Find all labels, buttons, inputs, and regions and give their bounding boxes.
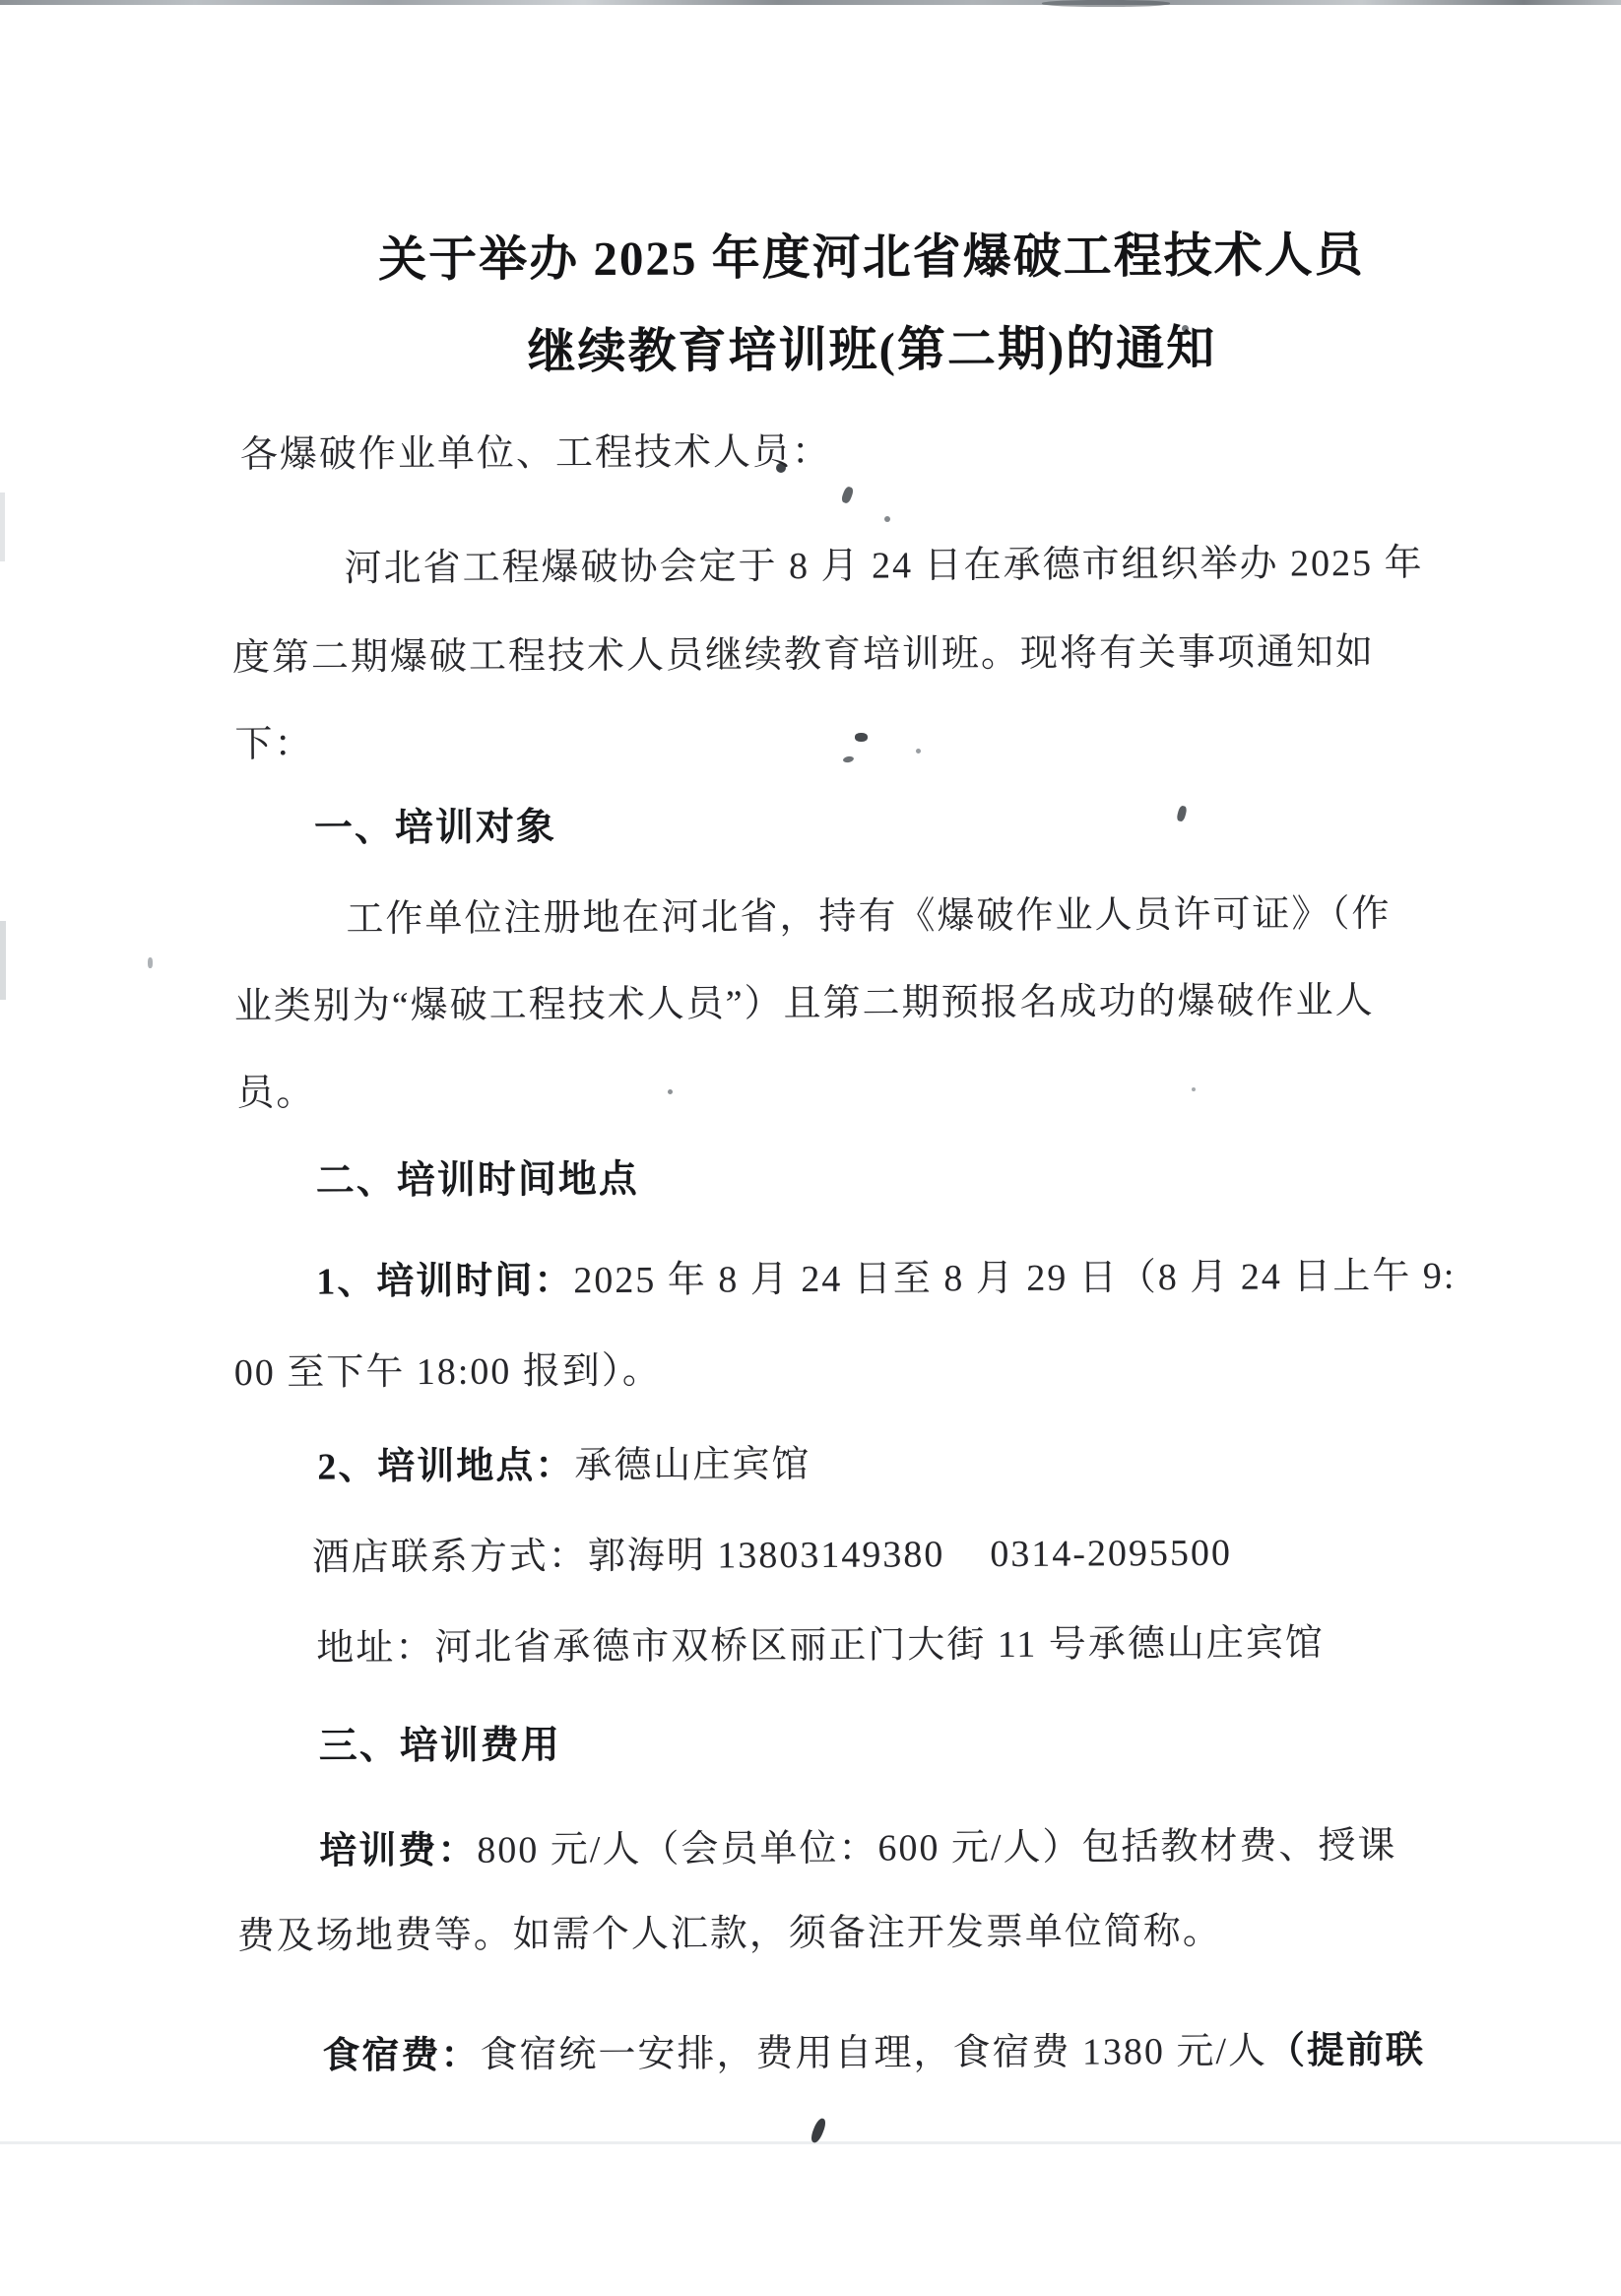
- salutation: 各爆破作业单位、工程技术人员：: [240, 426, 831, 482]
- scanned-notice-page: 关于举办 2025 年度河北省爆破工程技术人员 继续教育培训班(第二期)的通知 …: [0, 0, 1621, 2296]
- notice-title-line-1: 关于举办 2025 年度河北省爆破工程技术人员: [126, 225, 1617, 292]
- training-fee-value: 800 元/人（会员单位：600 元/人）包括教材费、授课: [477, 1825, 1396, 1871]
- board-fee-bold-tail: （提前联: [1267, 2030, 1425, 2072]
- board-fee-value: 食宿统一安排，费用自理，食宿费 1380 元/人: [480, 2031, 1267, 2076]
- section1-heading: 一、培训对象: [314, 801, 556, 855]
- training-fee-line-2: 费及场地费等。如需个人汇款，须备注开发票单位简称。: [237, 1905, 1222, 1963]
- notice-title-line-2: 继续教育培训班(第二期)的通知: [126, 317, 1617, 384]
- notice-body: 关于举办 2025 年度河北省爆破工程技术人员 继续教育培训班(第二期)的通知 …: [0, 0, 1621, 2296]
- training-venue-value: 承德山庄宾馆: [574, 1444, 810, 1486]
- training-time-label: 1、培训时间：: [316, 1260, 573, 1302]
- intro-line-1: 河北省工程爆破协会定于 8 月 24 日在承德市组织举办 2025 年: [344, 537, 1423, 596]
- hotel-contact-line: 酒店联系方式：郭海明 13803149380 0314-2095500: [312, 1527, 1232, 1585]
- board-fee-line: 食宿费：食宿统一安排，费用自理，食宿费 1380 元/人（提前联: [322, 2024, 1425, 2083]
- training-fee-label: 培训费：: [319, 1830, 477, 1872]
- board-fee-label: 食宿费：: [322, 2035, 480, 2077]
- section1-line-1: 工作单位注册地在河北省，持有《爆破作业人员许可证》（作: [346, 887, 1391, 947]
- intro-line-2: 度第二期爆破工程技术人员继续教育培训班。现将有关事项通知如: [232, 625, 1375, 685]
- training-time-line-2: 00 至下午 18:00 报到）。: [234, 1345, 662, 1400]
- training-venue-label: 2、培训地点：: [317, 1445, 574, 1487]
- section1-line-2: 业类别为“爆破工程技术人员”）且第二期预报名成功的爆破作业人: [234, 974, 1375, 1033]
- intro-line-3: 下：: [234, 718, 313, 771]
- training-venue-line: 2、培训地点：承德山庄宾馆: [317, 1438, 810, 1494]
- training-fee-line: 培训费：800 元/人（会员单位：600 元/人）包括教材费、授课: [319, 1819, 1396, 1878]
- section3-heading: 三、培训费用: [319, 1719, 561, 1773]
- section2-heading: 二、培训时间地点: [316, 1153, 639, 1209]
- training-time-line: 1、培训时间：2025 年 8 月 24 日至 8 月 29 日（8 月 24 …: [316, 1250, 1456, 1309]
- training-time-value: 2025 年 8 月 24 日至 8 月 29 日（8 月 24 日上午 9:: [573, 1256, 1456, 1302]
- hotel-address-line: 地址：河北省承德市双桥区丽正门大街 11 号承德山庄宾馆: [316, 1616, 1325, 1674]
- section1-line-3: 员。: [236, 1067, 315, 1120]
